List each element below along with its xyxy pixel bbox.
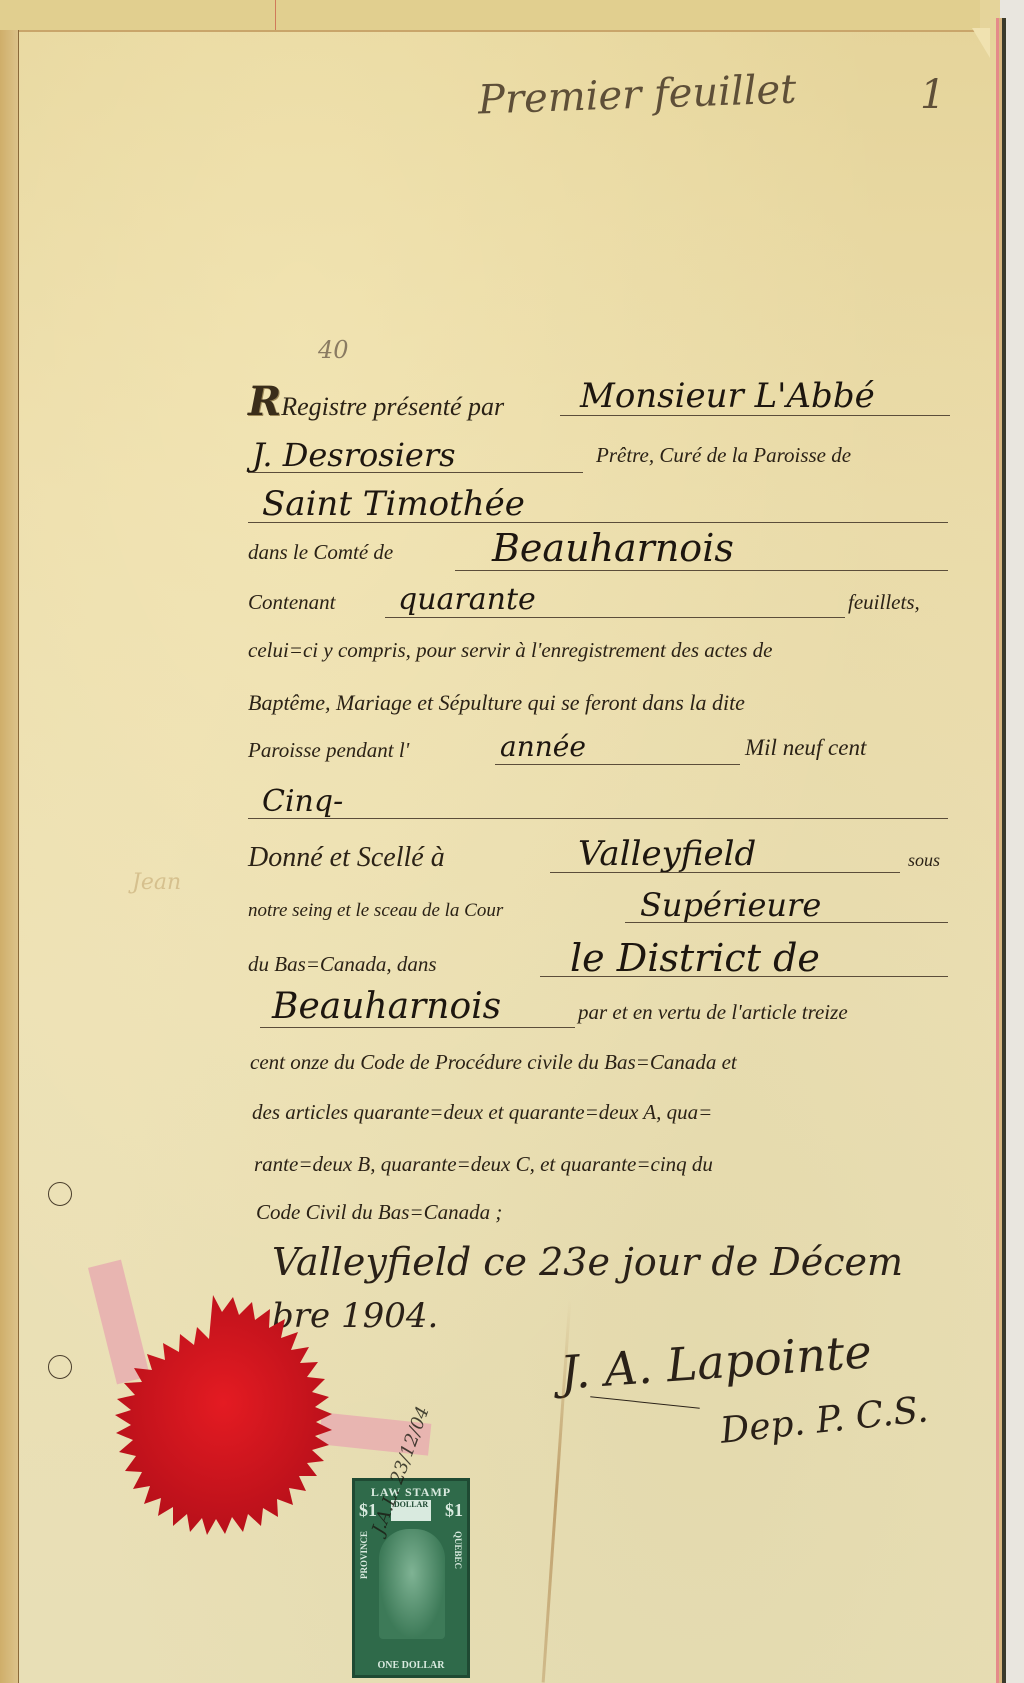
printed-text: Contenant [248, 590, 336, 615]
printed-text: Baptême, Mariage et Sépulture qui se fer… [248, 690, 745, 716]
printed-text: Donné et Scellé à [248, 842, 445, 874]
fill-line [625, 922, 948, 923]
header-annotation: Premier feuillet [477, 66, 797, 123]
filled-presenter: Monsieur L'Abbé [580, 376, 875, 416]
filled-county: Beauharnois [492, 526, 734, 570]
filled-parish: Saint Timothée [262, 484, 525, 524]
filled-district-name: Beauharnois [272, 986, 501, 1027]
stamp-header: LAW STAMP [355, 1485, 467, 1500]
margin-tick [275, 0, 276, 30]
place-date-line-1: Valleyfield ce 23e jour de Décem [272, 1240, 903, 1284]
corner-fold [972, 28, 990, 58]
printed-text: dans le Comté de [248, 540, 393, 565]
fill-line [260, 1027, 575, 1028]
signature: J. A. Lapointe [558, 1324, 873, 1400]
printed-text: Code Civil du Bas=Canada ; [256, 1200, 502, 1225]
fill-line [248, 818, 948, 819]
printed-text: rante=deux B, quarante=deux C, et quaran… [254, 1152, 713, 1177]
stamp-footer: ONE DOLLAR [355, 1660, 467, 1671]
signature-flourish [590, 1396, 700, 1408]
red-wax-seal-icon [88, 1290, 338, 1540]
filled-priest-name: J. Desrosiers [252, 436, 456, 474]
fill-line [248, 522, 948, 523]
pencil-note: 40 [318, 336, 349, 364]
filled-court: Supérieure [640, 886, 821, 924]
printed-text: cent onze du Code de Procédure civile du… [250, 1050, 737, 1075]
printed-text: Mil neuf cent [745, 735, 866, 761]
top-page-edge [0, 0, 980, 32]
printed-text: Prêtre, Curé de la Paroisse de [596, 443, 851, 468]
punch-hole [48, 1182, 72, 1206]
printed-text: du Bas=Canada, dans [248, 952, 437, 977]
fill-line [455, 570, 948, 571]
filled-year-label: année [500, 730, 586, 763]
fill-line [560, 415, 950, 416]
punch-hole [48, 1355, 72, 1379]
fill-line [385, 617, 845, 618]
filled-leaf-count: quarante [398, 582, 536, 617]
fill-line [248, 472, 583, 473]
page-number: 1 [920, 72, 945, 118]
filled-district: le District de [570, 936, 820, 980]
stamp-side-right: QUEBEC [453, 1531, 463, 1569]
filled-year: Cinq- [262, 784, 343, 819]
stamp-side-left: PROVINCE [359, 1531, 369, 1579]
page-stack-edge [996, 18, 1006, 1683]
printed-text: Registre présenté par [281, 392, 504, 421]
printed-text: Paroisse pendant l' [248, 738, 409, 763]
printed-text: sous [908, 850, 940, 871]
fill-line [495, 764, 740, 765]
fill-line [540, 976, 948, 977]
printed-text: notre seing et le sceau de la Cour [248, 900, 503, 922]
printed-text: feuillets, [848, 590, 920, 615]
filled-place: Valleyfield [578, 834, 756, 874]
fill-line [550, 872, 900, 873]
signature-title: Dep. P. C.S. [718, 1389, 930, 1452]
printed-text: celui=ci y compris, pour servir à l'enre… [248, 638, 773, 663]
register-page: Premier feuillet 1 40 RRegistre présenté… [0, 0, 1000, 1683]
printed-text: par et en vertu de l'article treize [578, 1000, 848, 1025]
binding-edge [0, 30, 19, 1683]
allegorical-figure-icon [379, 1529, 445, 1639]
ornate-drop-cap: R [248, 378, 281, 425]
law-stamp: LAW STAMP $1 DOLLAR $1 PROVINCE QUEBEC O… [352, 1478, 470, 1678]
stamp-amount-right: $1 [445, 1500, 463, 1521]
form-line-1: RRegistre présenté par [248, 378, 504, 425]
bleed-through-text: Jean [132, 870, 181, 895]
paper-crease [542, 1300, 572, 1682]
printed-text: des articles quarante=deux et quarante=d… [252, 1100, 712, 1125]
